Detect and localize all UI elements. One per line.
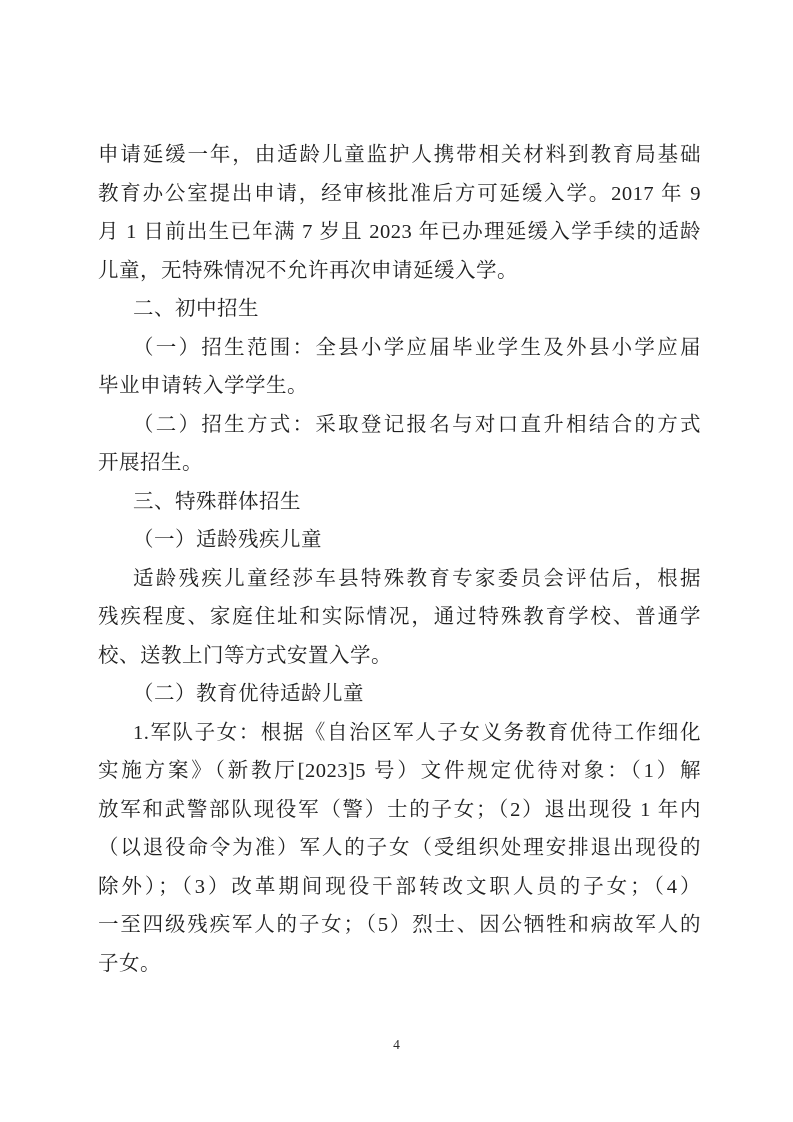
text-line: 毕业申请转入学学生。 xyxy=(98,367,701,406)
text-line: 儿童，无特殊情况不允许再次申请延缓入学。 xyxy=(98,252,701,291)
text-line: 校、送教上门等方式安置入学。 xyxy=(98,637,701,676)
text-line: 一至四级残疾军人的子女；（5）烈士、因公牺牲和病故军人的 xyxy=(98,906,701,945)
page-number: 4 xyxy=(393,1037,400,1052)
text-line: （二）教育优待适龄儿童 xyxy=(98,675,701,714)
text-line: （一）招生范围：全县小学应届毕业学生及外县小学应届 xyxy=(98,329,701,368)
text-line: 放军和武警部队现役军（警）士的子女；（2）退出现役 1 年内 xyxy=(98,791,701,830)
document-body: 申请延缓一年，由适龄儿童监护人携带相关材料到教育局基础教育办公室提出申请，经审核… xyxy=(98,136,701,983)
document-page: 申请延缓一年，由适龄儿童监护人携带相关材料到教育局基础教育办公室提出申请，经审核… xyxy=(0,0,793,1122)
text-line: 三、特殊群体招生 xyxy=(98,483,701,522)
text-line: （以退役命令为准）军人的子女（受组织处理安排退出现役的 xyxy=(98,829,701,868)
text-line: （一）适龄残疾儿童 xyxy=(98,521,701,560)
text-line: 子女。 xyxy=(98,945,701,984)
text-line: 二、初中招生 xyxy=(98,290,701,329)
text-line: 残疾程度、家庭住址和实际情况，通过特殊教育学校、普通学 xyxy=(98,598,701,637)
text-line: （二）招生方式：采取登记报名与对口直升相结合的方式 xyxy=(98,406,701,445)
page-footer: 4 xyxy=(0,1036,793,1054)
text-line: 申请延缓一年，由适龄儿童监护人携带相关材料到教育局基础 xyxy=(98,136,701,175)
text-line: 适龄残疾儿童经莎车县特殊教育专家委员会评估后，根据 xyxy=(98,560,701,599)
text-line: 教育办公室提出申请，经审核批准后方可延缓入学。2017 年 9 xyxy=(98,175,701,214)
text-line: 开展招生。 xyxy=(98,444,701,483)
text-line: 除外）；（3）改革期间现役干部转改文职人员的子女；（4） xyxy=(98,868,701,907)
text-line: 月 1 日前出生已年满 7 岁且 2023 年已办理延缓入学手续的适龄 xyxy=(98,213,701,252)
text-line: 实施方案》（新教厅[2023]5 号）文件规定优待对象：（1）解 xyxy=(98,752,701,791)
text-line: 1.军队子女：根据《自治区军人子女义务教育优待工作细化 xyxy=(98,714,701,753)
